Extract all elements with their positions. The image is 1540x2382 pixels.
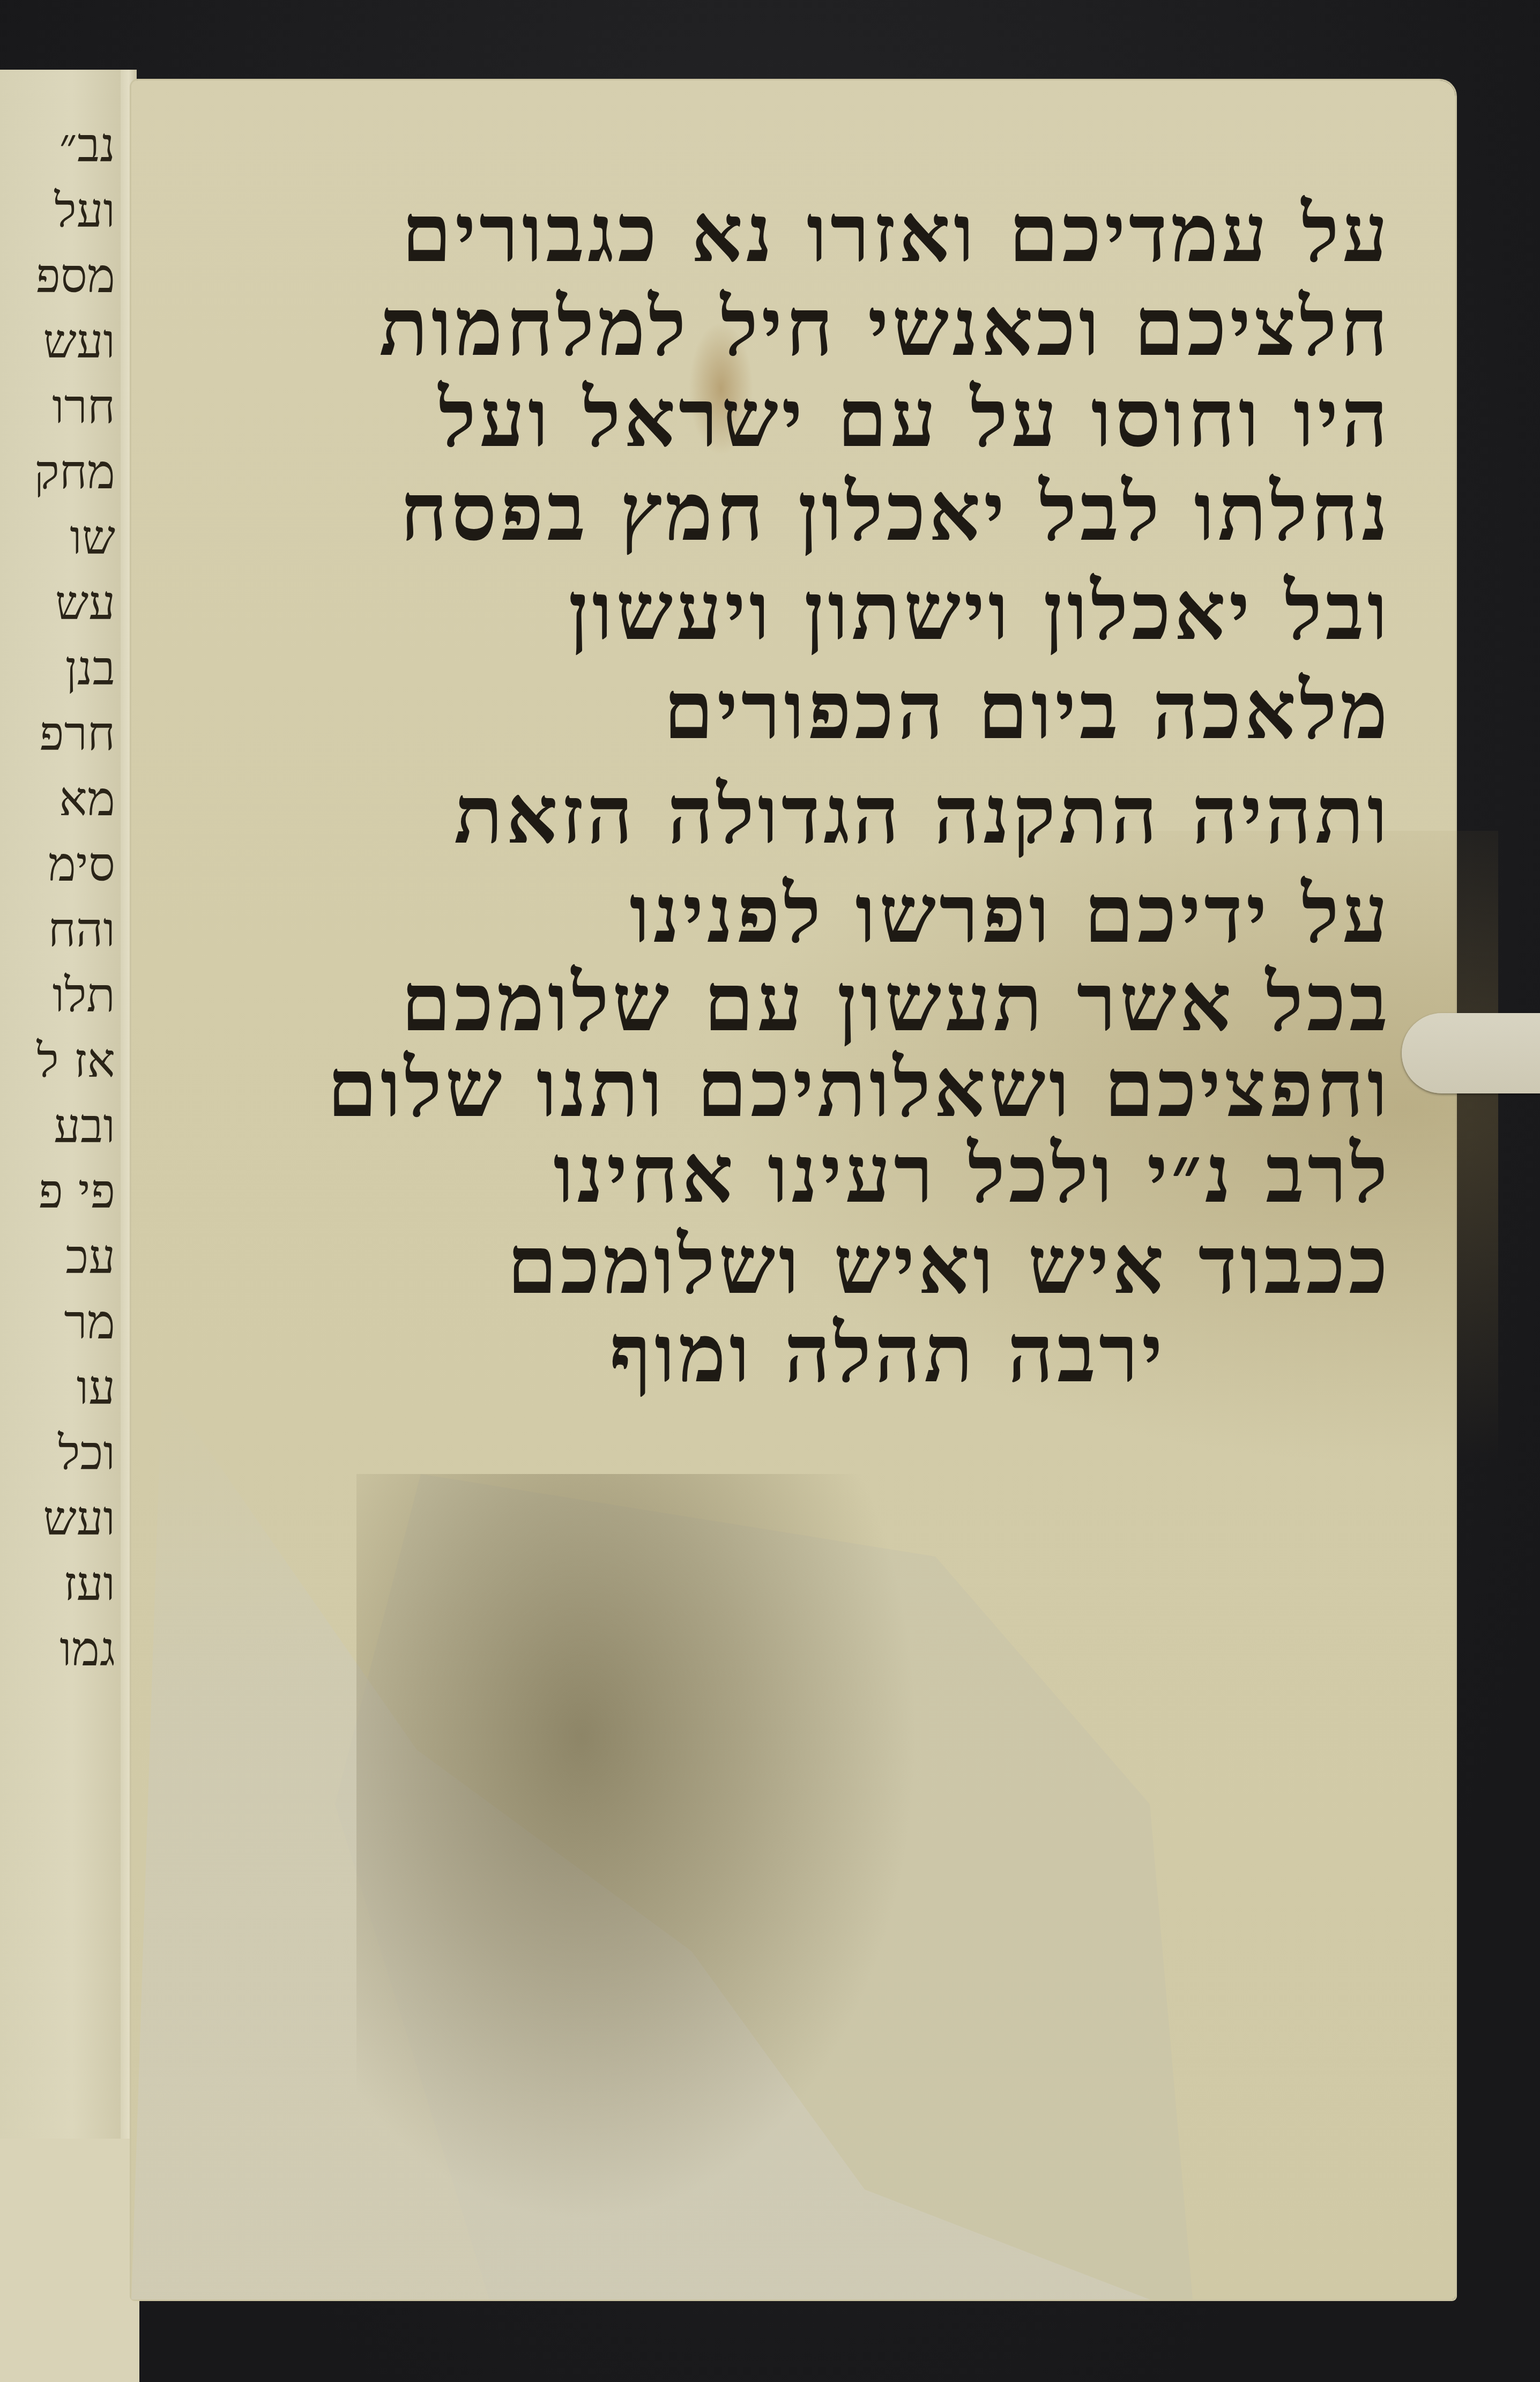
facing-line: בנן bbox=[0, 636, 115, 701]
text-line-4: נחלתו לבל יאכלון חמץ בפסח bbox=[400, 466, 1391, 557]
facing-line: והח bbox=[0, 897, 115, 963]
facing-line: גמו bbox=[0, 1617, 115, 1682]
facing-line: וכל bbox=[0, 1420, 115, 1486]
facing-page: נב״ ועל מספ ועש חרו מחק שו עש בנן חרפ מא… bbox=[0, 70, 122, 2144]
facing-page-text: נב״ ועל מספ ועש חרו מחק שו עש בנן חרפ מא… bbox=[0, 113, 115, 1682]
facing-line: ובע bbox=[0, 1093, 115, 1159]
facing-line: אז ל bbox=[0, 1028, 115, 1093]
facing-line: שו bbox=[0, 505, 115, 570]
facing-line: ועז bbox=[0, 1551, 115, 1617]
text-line-1: על עמדיכם ואזרו נא כגבורים bbox=[401, 188, 1391, 279]
facing-line: חרפ bbox=[0, 701, 115, 766]
text-line-3: היו וחוסו על עם ישראל ועל bbox=[438, 373, 1391, 464]
text-line-12: ככבוד איש ואיש ושלומכם bbox=[507, 1219, 1391, 1311]
text-line-6: מלאכה ביום הכפורים bbox=[664, 665, 1391, 756]
facing-line: ועש bbox=[0, 309, 115, 374]
facing-line: נב״ bbox=[0, 113, 115, 178]
facing-line: פי פ bbox=[0, 1159, 115, 1224]
text-line-5: ובל יאכלון וישתון ויעשון bbox=[568, 565, 1391, 657]
facing-line: עש bbox=[0, 570, 115, 636]
facing-line: מא bbox=[0, 766, 115, 832]
facing-line: חרו bbox=[0, 374, 115, 440]
text-line-9: בכל אשר תעשון עם שלומכם bbox=[401, 957, 1391, 1048]
text-line-11: לרב נ״י ולכל רעינו אחינו bbox=[553, 1128, 1391, 1219]
facing-line: סימ bbox=[0, 832, 115, 897]
facing-line: מחק bbox=[0, 440, 115, 505]
text-line-13: ירבה תהלה ומוף bbox=[609, 1308, 1166, 1399]
manuscript-page: על עמדיכם ואזרו נא כגבורים חלציכם וכאנשי… bbox=[131, 80, 1455, 2299]
text-line-7: ותהיה התקנה הגדולה הזאת bbox=[454, 769, 1391, 860]
binding-strip bbox=[0, 2139, 139, 2382]
facing-line: מספ bbox=[0, 243, 115, 309]
facing-line: עכ bbox=[0, 1224, 115, 1290]
facing-line: מר bbox=[0, 1290, 115, 1355]
facing-line: ועש bbox=[0, 1486, 115, 1551]
facing-line: ועל bbox=[0, 178, 115, 243]
text-line-8: על ידיכם ופרשו לפנינו bbox=[629, 868, 1391, 959]
bookmark-tab[interactable] bbox=[1402, 1013, 1540, 1093]
facing-line: תלו bbox=[0, 963, 115, 1028]
text-line-10: וחפציכם ושאלותיכם ותנו שלום bbox=[327, 1043, 1391, 1134]
text-line-2: חלציכם וכאנשי חיל למלחמות bbox=[379, 281, 1391, 373]
water-stain bbox=[356, 1474, 919, 2224]
facing-line: עו bbox=[0, 1355, 115, 1420]
